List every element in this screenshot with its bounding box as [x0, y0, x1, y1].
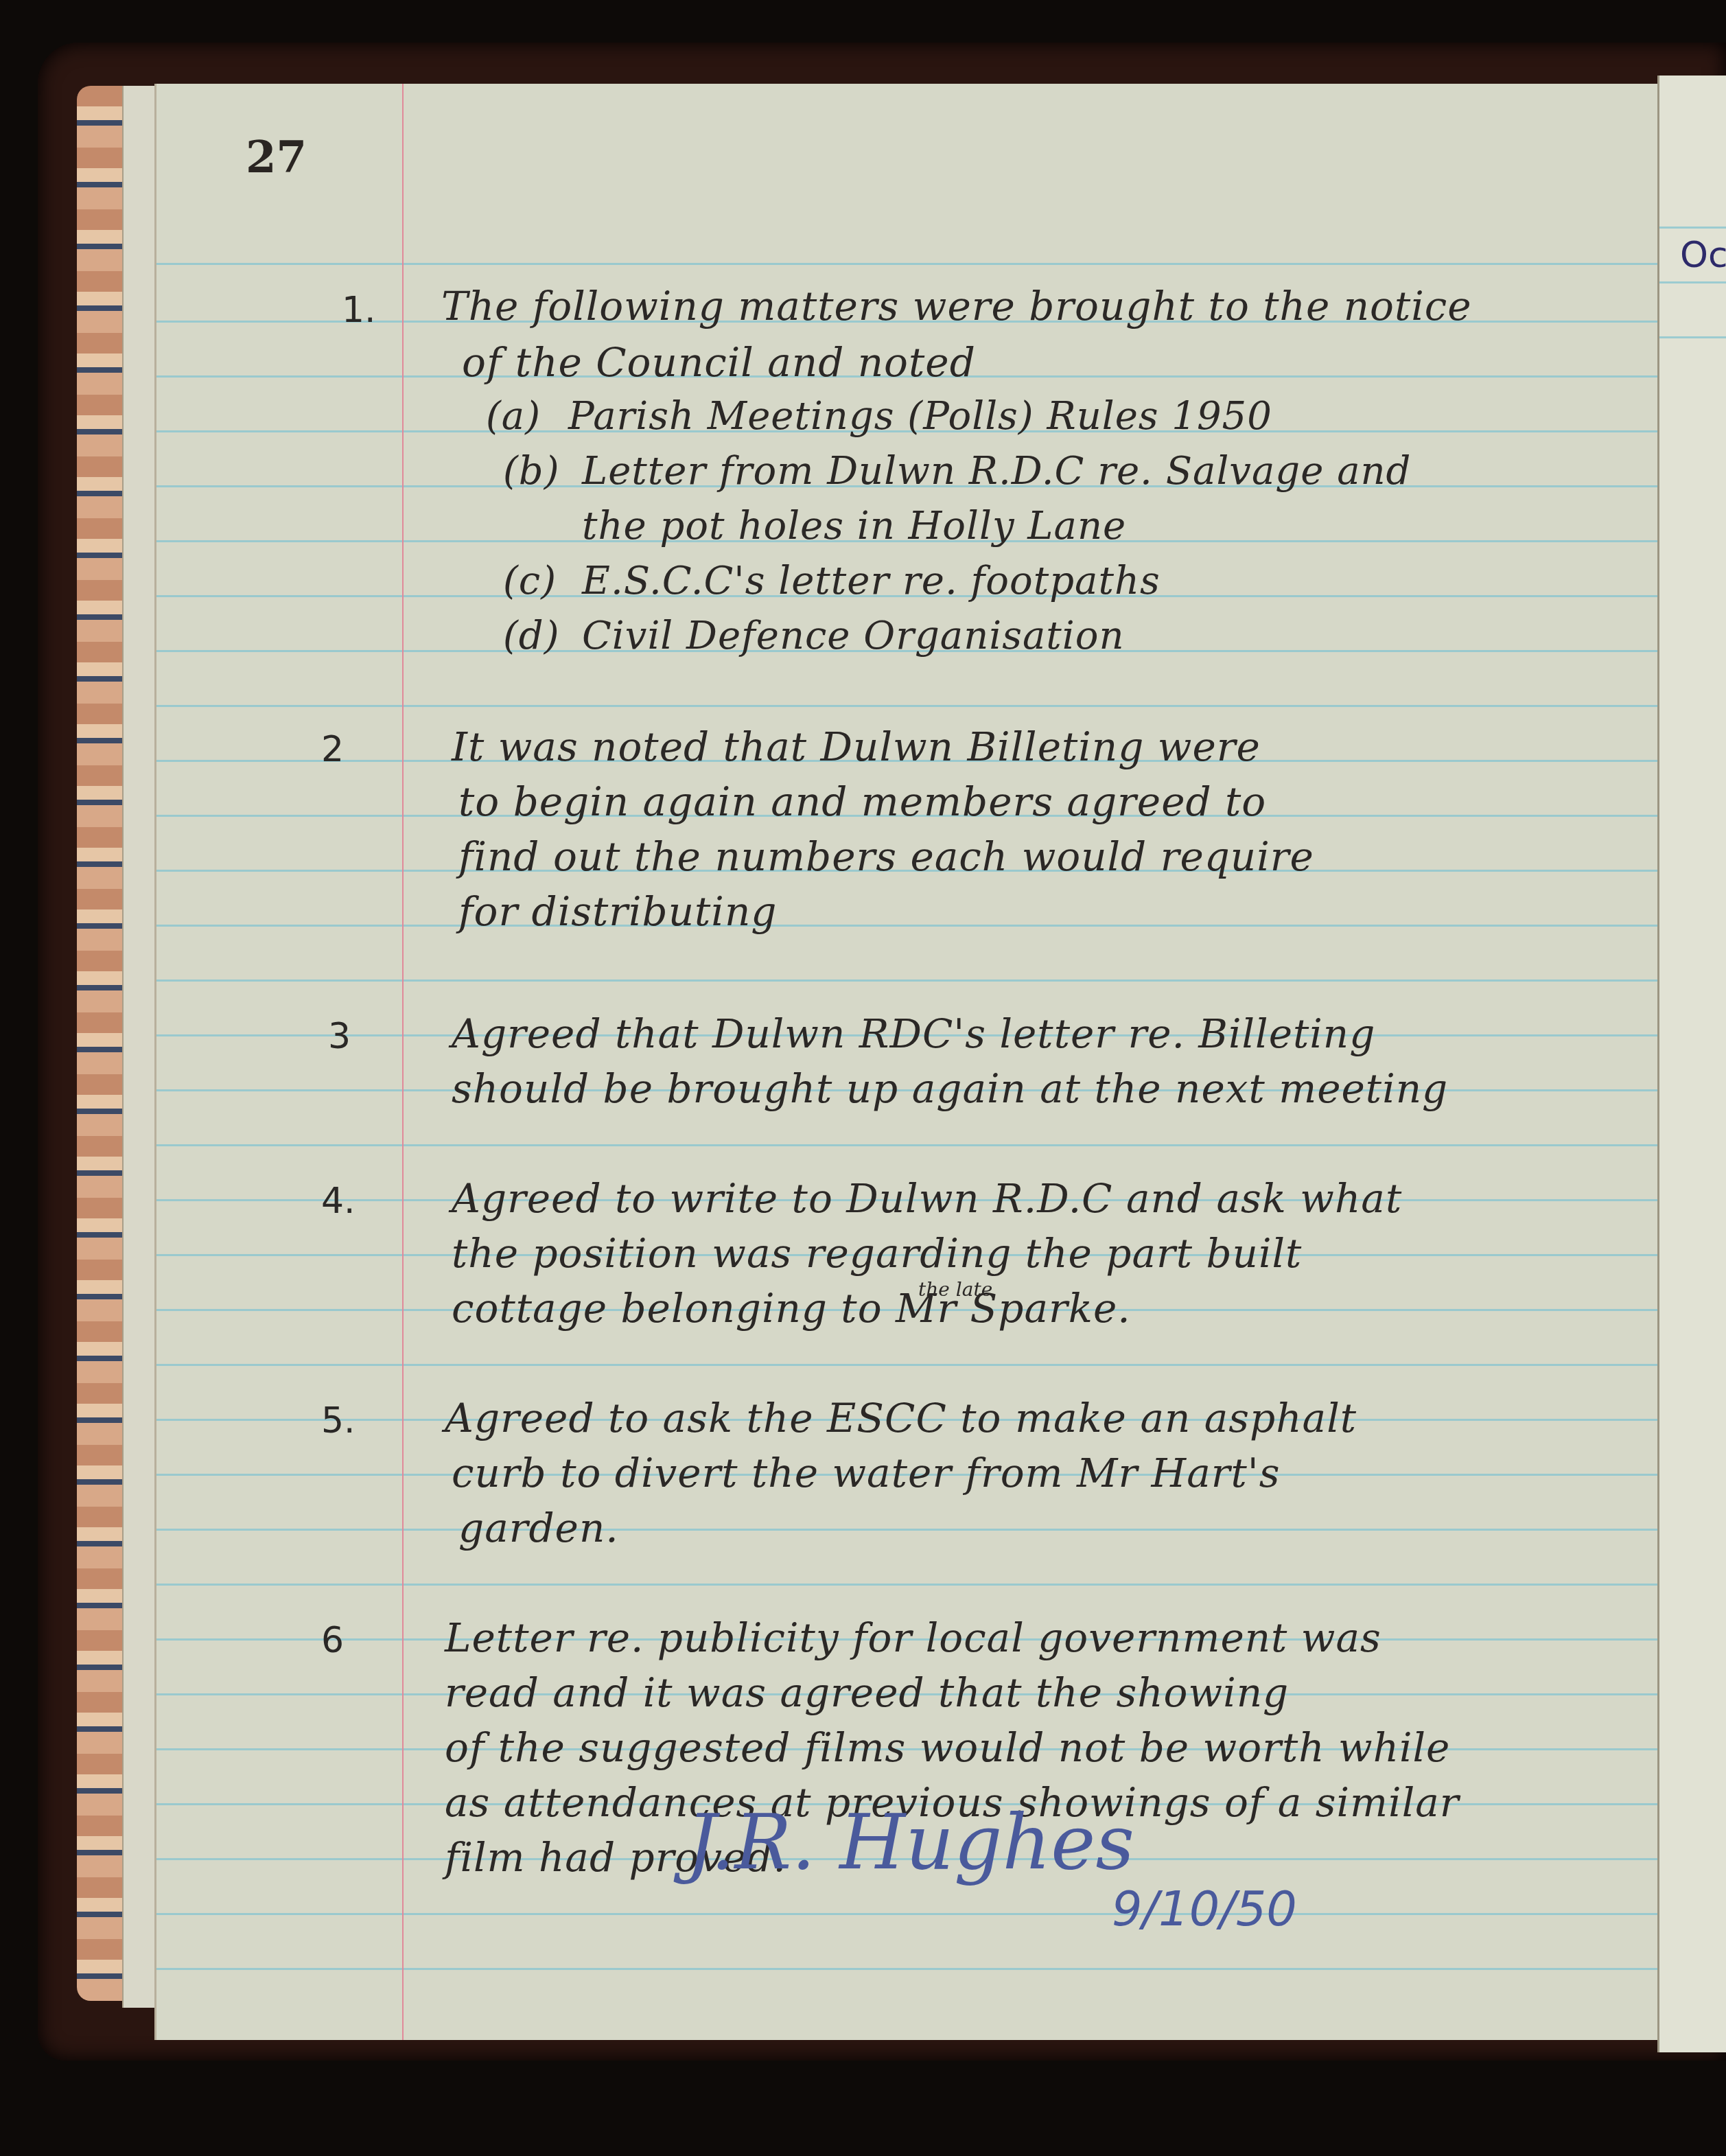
rule-line	[1659, 336, 1726, 338]
item-line: Agreed to write to Dulwn R.D.C and ask w…	[452, 1175, 1402, 1222]
rule-line	[156, 980, 1659, 982]
facing-page-edge: Oc	[1657, 76, 1726, 2052]
rule-line	[156, 1364, 1659, 1366]
item-number: 3	[328, 1016, 351, 1057]
facing-page-text: Oc	[1680, 235, 1726, 276]
item-line: Letter re. publicity for local governmen…	[445, 1614, 1381, 1661]
subitem-text: E.S.C.C's letter re. footpaths	[582, 559, 1161, 603]
minute-book-page: 27 1. The following matters were brought…	[154, 84, 1659, 2040]
subitem-text: the pot holes in Holly Lane	[582, 504, 1126, 548]
item-line: of the suggested films would not be wort…	[445, 1724, 1450, 1771]
item-line: Agreed to ask the ESCC to make an asphal…	[445, 1395, 1357, 1441]
item-line: to begin again and members agreed to	[458, 778, 1266, 825]
rule-line	[1659, 281, 1726, 283]
subitem-text: Parish Meetings (Polls) Rules 1950	[568, 394, 1272, 439]
rule-line	[1659, 227, 1726, 229]
item-line: garden.	[458, 1505, 619, 1551]
item-line: It was noted that Dulwn Billeting were	[452, 723, 1261, 770]
item-line: The following matters were brought to th…	[441, 283, 1472, 329]
rule-line	[156, 1584, 1659, 1586]
page-number: 27	[246, 132, 307, 183]
item-line: cottage belonging to Mr Sparke.	[452, 1285, 1131, 1332]
rule-line	[156, 1144, 1659, 1146]
item-line: curb to divert the water from Mr Hart's	[452, 1450, 1280, 1496]
signature-date: 9/10/50	[1112, 1881, 1297, 1937]
item-number: 4.	[321, 1181, 355, 1222]
signature: J.R. Hughes	[686, 1798, 1134, 1886]
item-line: find out the numbers each would require	[458, 833, 1314, 880]
item-number: 2	[321, 729, 344, 770]
item-line: for distributing	[458, 888, 777, 935]
item-line: should be brought up again at the next m…	[452, 1065, 1448, 1112]
item-line: the position was regarding the part buil…	[452, 1230, 1302, 1277]
item-number: 6	[321, 1620, 344, 1661]
item-line: Agreed that Dulwn RDC's letter re. Bille…	[452, 1010, 1375, 1057]
rule-line	[156, 925, 1659, 927]
rule-line	[156, 1913, 1659, 1915]
rule-line	[156, 1529, 1659, 1531]
item-number: 1.	[342, 290, 376, 331]
margin-line	[402, 84, 404, 2040]
subitem-label: (c)	[503, 559, 557, 603]
subitem-label: (b)	[503, 449, 560, 494]
subitem-text: Letter from Dulwn R.D.C re. Salvage and	[582, 449, 1411, 494]
subitem-text: Civil Defence Organisation	[582, 614, 1125, 658]
rule-line	[156, 263, 1659, 265]
rule-line	[156, 1968, 1659, 1970]
rule-line	[156, 705, 1659, 707]
item-line: read and it was agreed that the showing	[445, 1669, 1289, 1716]
item-line: of the Council and noted	[462, 339, 976, 386]
subitem-label: (d)	[503, 614, 560, 658]
item-number: 5.	[321, 1400, 355, 1441]
subitem-label: (a)	[486, 394, 541, 439]
